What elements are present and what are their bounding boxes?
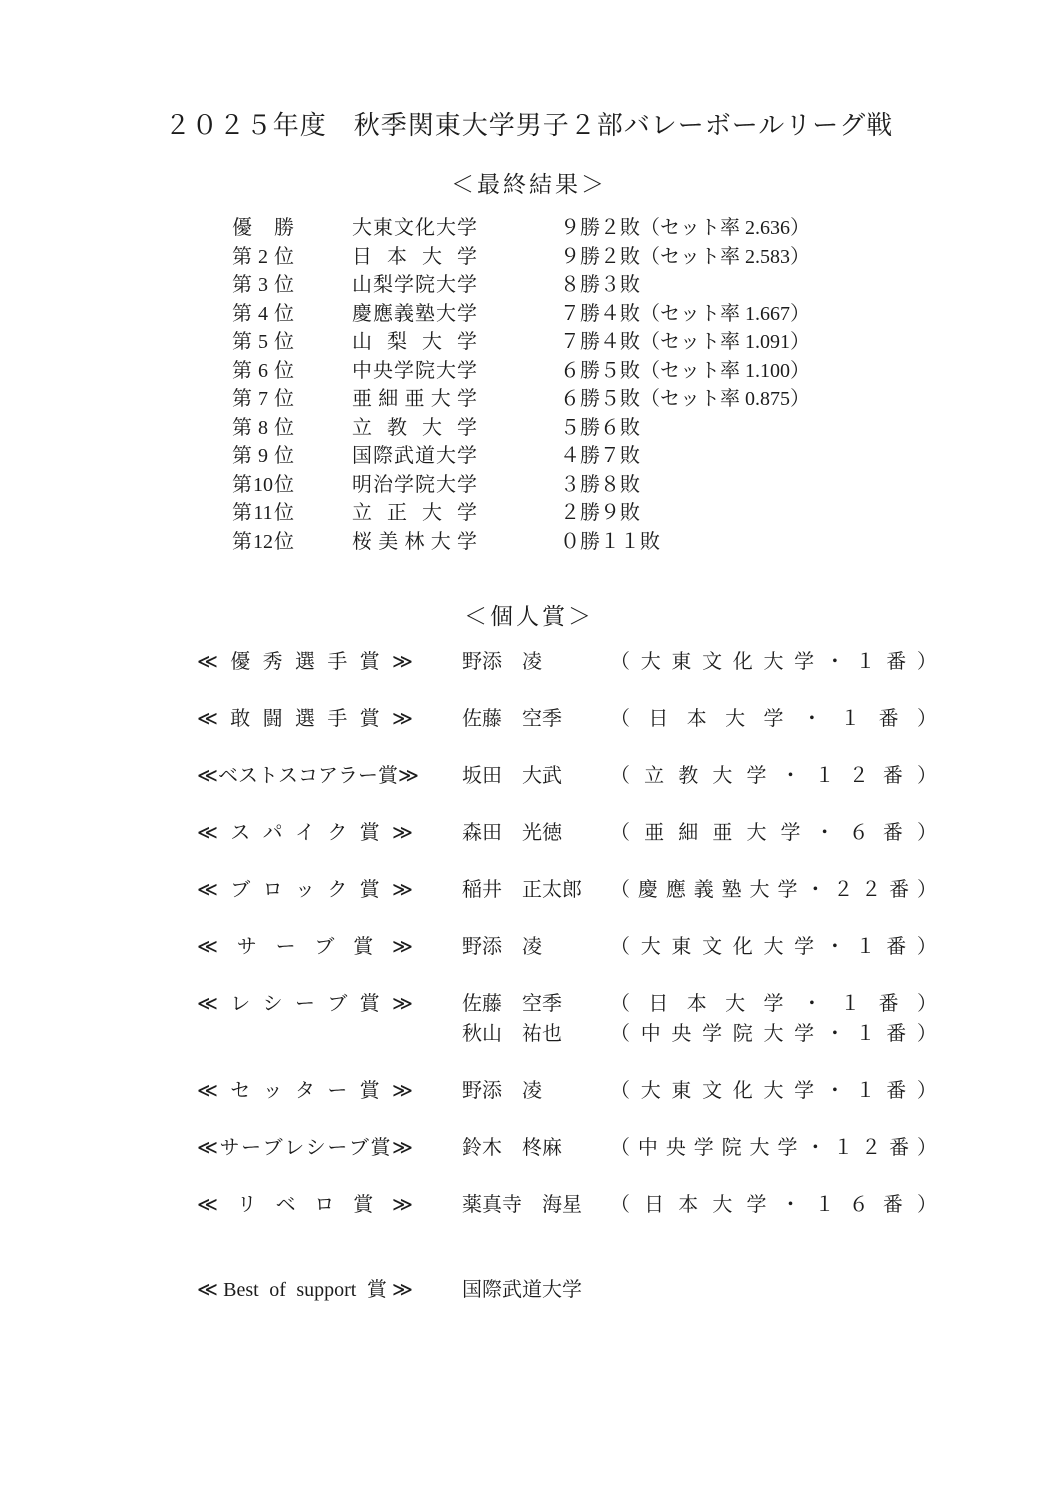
result-row-6: 第6位 中央学院大学 ６勝５敗（セット率 1.100）: [0, 357, 1058, 386]
result-record: ４勝７敗: [560, 442, 640, 471]
final-results-heading: ＜最終結果＞: [0, 170, 1058, 200]
result-team: 中央学院大学: [352, 357, 477, 386]
award-winner-name: 佐藤 空季: [462, 992, 610, 1016]
result-team: 大東文化大学: [352, 214, 477, 243]
result-team: 慶應義塾大学: [352, 300, 477, 329]
result-team: 山梨学院大学: [352, 271, 477, 300]
award-row-spike: ≪スパイク賞≫ 森田 光徳 （亜細亜大学・６番）: [0, 821, 1058, 845]
award-winner-name: 鈴木 柊麻: [462, 1136, 610, 1160]
award-row-fighting-spirit: ≪敢闘選手賞≫ 佐藤 空季 （日本大学・１番）: [0, 707, 1058, 731]
result-rank: 第9位: [232, 442, 294, 471]
result-record: ０勝１１敗: [560, 528, 660, 557]
result-row-11: 第11位 立正大学 ２勝９敗: [0, 499, 1058, 528]
result-row-3: 第3位 山梨学院大学 ８勝３敗: [0, 271, 1058, 300]
result-rank: 第12位: [232, 528, 294, 557]
result-row-5: 第5位 山梨大学 ７勝４敗（セット率 1.091）: [0, 328, 1058, 357]
award-winner-name: 坂田 大武: [462, 764, 610, 788]
result-rank: 第11位: [232, 499, 294, 528]
result-team: 桜美林大学: [352, 528, 477, 557]
result-rank: 第5位: [232, 328, 294, 357]
award-label: ≪リベロ賞≫: [197, 1193, 413, 1217]
award-winner-affiliation: （大東文化大学・１番）: [610, 1079, 937, 1103]
result-row-12: 第12位 桜美林大学 ０勝１１敗: [0, 528, 1058, 557]
result-team: 亜細亜大学: [352, 385, 477, 414]
result-row-7: 第7位 亜細亜大学 ６勝５敗（セット率 0.875）: [0, 385, 1058, 414]
award-label: ≪サーブレシーブ賞≫: [197, 1136, 413, 1160]
result-team: 日本大学: [352, 243, 477, 272]
award-label: ≪レシーブ賞≫: [197, 992, 413, 1016]
result-record: ７勝４敗（セット率 1.667）: [560, 300, 810, 329]
award-winner-name: 野添 凌: [462, 650, 610, 674]
document-title: ２０２５年度 秋季関東大学男子２部バレーボールリーグ戦: [0, 0, 1058, 143]
result-rank: 優 勝: [232, 214, 294, 243]
award-row-serve: ≪サーブ賞≫ 野添 凌 （大東文化大学・１番）: [0, 935, 1058, 959]
award-row-best-scorer: ≪ベストスコアラー賞≫ 坂田 大武 （立教大学・１２番）: [0, 764, 1058, 788]
result-record: ６勝５敗（セット率 0.875）: [560, 385, 810, 414]
result-team: 山梨大学: [352, 328, 477, 357]
award-winner-name: 野添 凌: [462, 935, 610, 959]
award-winner-name: 国際武道大学: [462, 1278, 610, 1302]
award-winner-affiliation: （日本大学・１番）: [610, 707, 937, 731]
award-label: ≪スパイク賞≫: [197, 821, 413, 845]
result-row-2: 第2位 日本大学 ９勝２敗（セット率 2.583）: [0, 243, 1058, 272]
individual-awards-heading: ＜個人賞＞: [0, 602, 1058, 632]
award-row-block: ≪ブロック賞≫ 稲井 正太郎 （慶應義塾大学・２２番）: [0, 878, 1058, 902]
result-rank: 第8位: [232, 414, 294, 443]
result-record: ３勝８敗: [560, 471, 640, 500]
award-row-serve-receive: ≪サーブレシーブ賞≫ 鈴木 柊麻 （中央学院大学・１２番）: [0, 1136, 1058, 1160]
award-winner-affiliation: （大東文化大学・１番）: [610, 650, 937, 674]
result-rank: 第6位: [232, 357, 294, 386]
award-label: ≪セッター賞≫: [197, 1079, 413, 1103]
award-winner-name: 佐藤 空季: [462, 707, 610, 731]
result-record: ９勝２敗（セット率 2.583）: [560, 243, 810, 272]
award-row-best-player: ≪優秀選手賞≫ 野添 凌 （大東文化大学・１番）: [0, 650, 1058, 674]
award-label: ≪優秀選手賞≫: [197, 650, 413, 674]
result-team: 明治学院大学: [352, 471, 477, 500]
result-rank: 第10位: [232, 471, 294, 500]
award-winner-name: 薬真寺 海星: [462, 1193, 610, 1217]
award-winner-name: 森田 光徳: [462, 821, 610, 845]
award-winner-affiliation: （立教大学・１２番）: [610, 764, 937, 788]
result-team: 立正大学: [352, 499, 477, 528]
result-record: ７勝４敗（セット率 1.091）: [560, 328, 810, 357]
result-record: ２勝９敗: [560, 499, 640, 528]
award-label: ≪敢闘選手賞≫: [197, 707, 413, 731]
award-winner-affiliation: （中央学院大学・１２番）: [610, 1136, 937, 1160]
result-row-8: 第8位 立教大学 ５勝６敗: [0, 414, 1058, 443]
award-winner-affiliation: （日本大学・１番）: [610, 992, 937, 1016]
result-record: ９勝２敗（セット率 2.636）: [560, 214, 810, 243]
result-row-1: 優 勝 大東文化大学 ９勝２敗（セット率 2.636）: [0, 214, 1058, 243]
result-rank: 第2位: [232, 243, 294, 272]
result-rank: 第4位: [232, 300, 294, 329]
award-winner-affiliation: （日本大学・１６番）: [610, 1193, 937, 1217]
award-label: ≪ベストスコアラー賞≫: [197, 764, 413, 788]
award-winner-affiliation: （中央学院大学・１番）: [610, 1022, 937, 1046]
award-winner-affiliation: （亜細亜大学・６番）: [610, 821, 937, 845]
final-results-list: 優 勝 大東文化大学 ９勝２敗（セット率 2.636） 第2位 日本大学 ９勝２…: [0, 214, 1058, 556]
result-row-4: 第4位 慶應義塾大学 ７勝４敗（セット率 1.667）: [0, 300, 1058, 329]
document-page: ２０２５年度 秋季関東大学男子２部バレーボールリーグ戦 ＜最終結果＞ 優 勝 大…: [0, 0, 1058, 1497]
award-winner-name: 秋山 祐也: [462, 1022, 610, 1046]
result-rank: 第7位: [232, 385, 294, 414]
award-row-setter: ≪セッター賞≫ 野添 凌 （大東文化大学・１番）: [0, 1079, 1058, 1103]
result-record: ５勝６敗: [560, 414, 640, 443]
award-row-receive: ≪レシーブ賞≫ 佐藤 空季 （日本大学・１番） 秋山 祐也 （中央学院大学・１番…: [0, 992, 1058, 1046]
individual-awards-list: ≪優秀選手賞≫ 野添 凌 （大東文化大学・１番） ≪敢闘選手賞≫ 佐藤 空季 （…: [0, 650, 1058, 1302]
award-row-best-of-support: ≪Best of support 賞≫ 国際武道大学: [0, 1278, 1058, 1302]
result-row-10: 第10位 明治学院大学 ３勝８敗: [0, 471, 1058, 500]
award-winner-name: 野添 凌: [462, 1079, 610, 1103]
award-label: ≪ブロック賞≫: [197, 878, 413, 902]
award-winner-affiliation: （大東文化大学・１番）: [610, 935, 937, 959]
award-label: ≪サーブ賞≫: [197, 935, 413, 959]
result-team: 国際武道大学: [352, 442, 477, 471]
result-rank: 第3位: [232, 271, 294, 300]
award-label: ≪Best of support 賞≫: [197, 1278, 413, 1302]
award-winner-affiliation: （慶應義塾大学・２２番）: [610, 878, 937, 902]
award-row-libero: ≪リベロ賞≫ 薬真寺 海星 （日本大学・１６番）: [0, 1193, 1058, 1217]
result-row-9: 第9位 国際武道大学 ４勝７敗: [0, 442, 1058, 471]
result-record: ８勝３敗: [560, 271, 640, 300]
award-winner-name: 稲井 正太郎: [462, 878, 610, 902]
result-team: 立教大学: [352, 414, 477, 443]
result-record: ６勝５敗（セット率 1.100）: [560, 357, 810, 386]
